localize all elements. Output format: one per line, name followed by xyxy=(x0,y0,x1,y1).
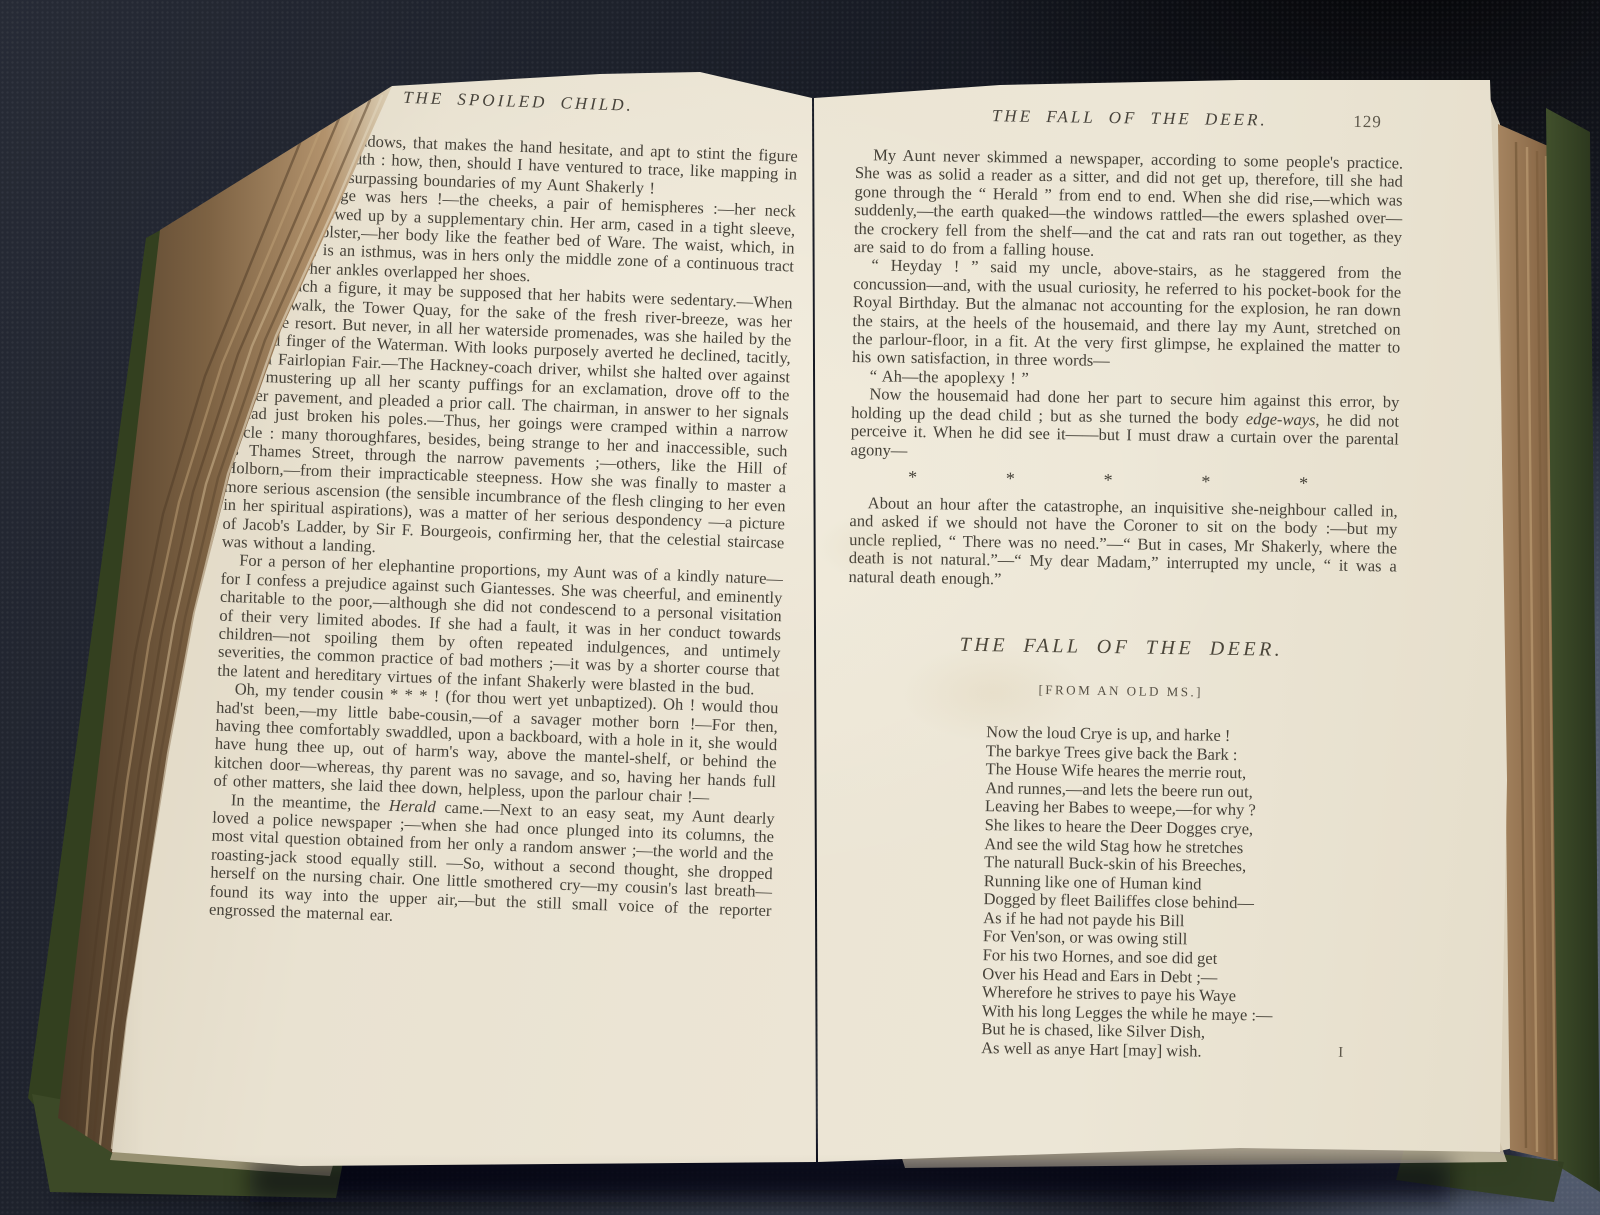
asterisk: * xyxy=(1103,470,1112,491)
section-title: THE FALL OF THE DEER. xyxy=(847,632,1395,664)
right-running-head: THE FALL OF THE DEER. 129 xyxy=(856,104,1404,139)
section-subtitle: [FROM AN OLD MS.] xyxy=(847,679,1395,704)
asterisk: * xyxy=(1201,471,1210,492)
paragraph: My Aunt never skimmed a newspaper, accor… xyxy=(854,146,1404,265)
asterisk: * xyxy=(908,467,917,488)
paragraph: For a person of her elephantine proporti… xyxy=(217,551,783,699)
paragraph: With such a figure, it may be supposed t… xyxy=(222,275,793,571)
right-running-title: THE FALL OF THE DEER. xyxy=(856,104,1404,133)
asterisk: * xyxy=(1299,473,1308,494)
poem: I Now the loud Crye is up, and harke !Th… xyxy=(981,723,1394,1064)
under-page-shadow xyxy=(250,1160,1450,1202)
right-page-number: 129 xyxy=(1353,112,1382,132)
book-photo: 128 THE SPOILED CHILD. rounded off by sh… xyxy=(0,0,1600,1215)
paragraph: Now the housemaid had done her part to s… xyxy=(850,385,1399,467)
asterisk-row: ***** xyxy=(908,467,1308,494)
right-page-body-lower: About an hour after the catastrophe, an … xyxy=(848,494,1397,595)
asterisk: * xyxy=(1006,468,1015,489)
right-page-body-upper: My Aunt never skimmed a newspaper, accor… xyxy=(850,146,1403,467)
paragraph: Oh, my tender cousin * * * ! (for thou w… xyxy=(213,680,779,810)
paragraph: “ Heyday ! ” said my uncle, above-stairs… xyxy=(852,256,1402,375)
paragraph: In the meantime, the Herald came.—Next t… xyxy=(209,790,775,938)
signature-mark: I xyxy=(1338,1044,1343,1063)
paragraph: About an hour after the catastrophe, an … xyxy=(848,494,1397,595)
right-page-content: THE FALL OF THE DEER. 129 My Aunt never … xyxy=(841,104,1404,1064)
